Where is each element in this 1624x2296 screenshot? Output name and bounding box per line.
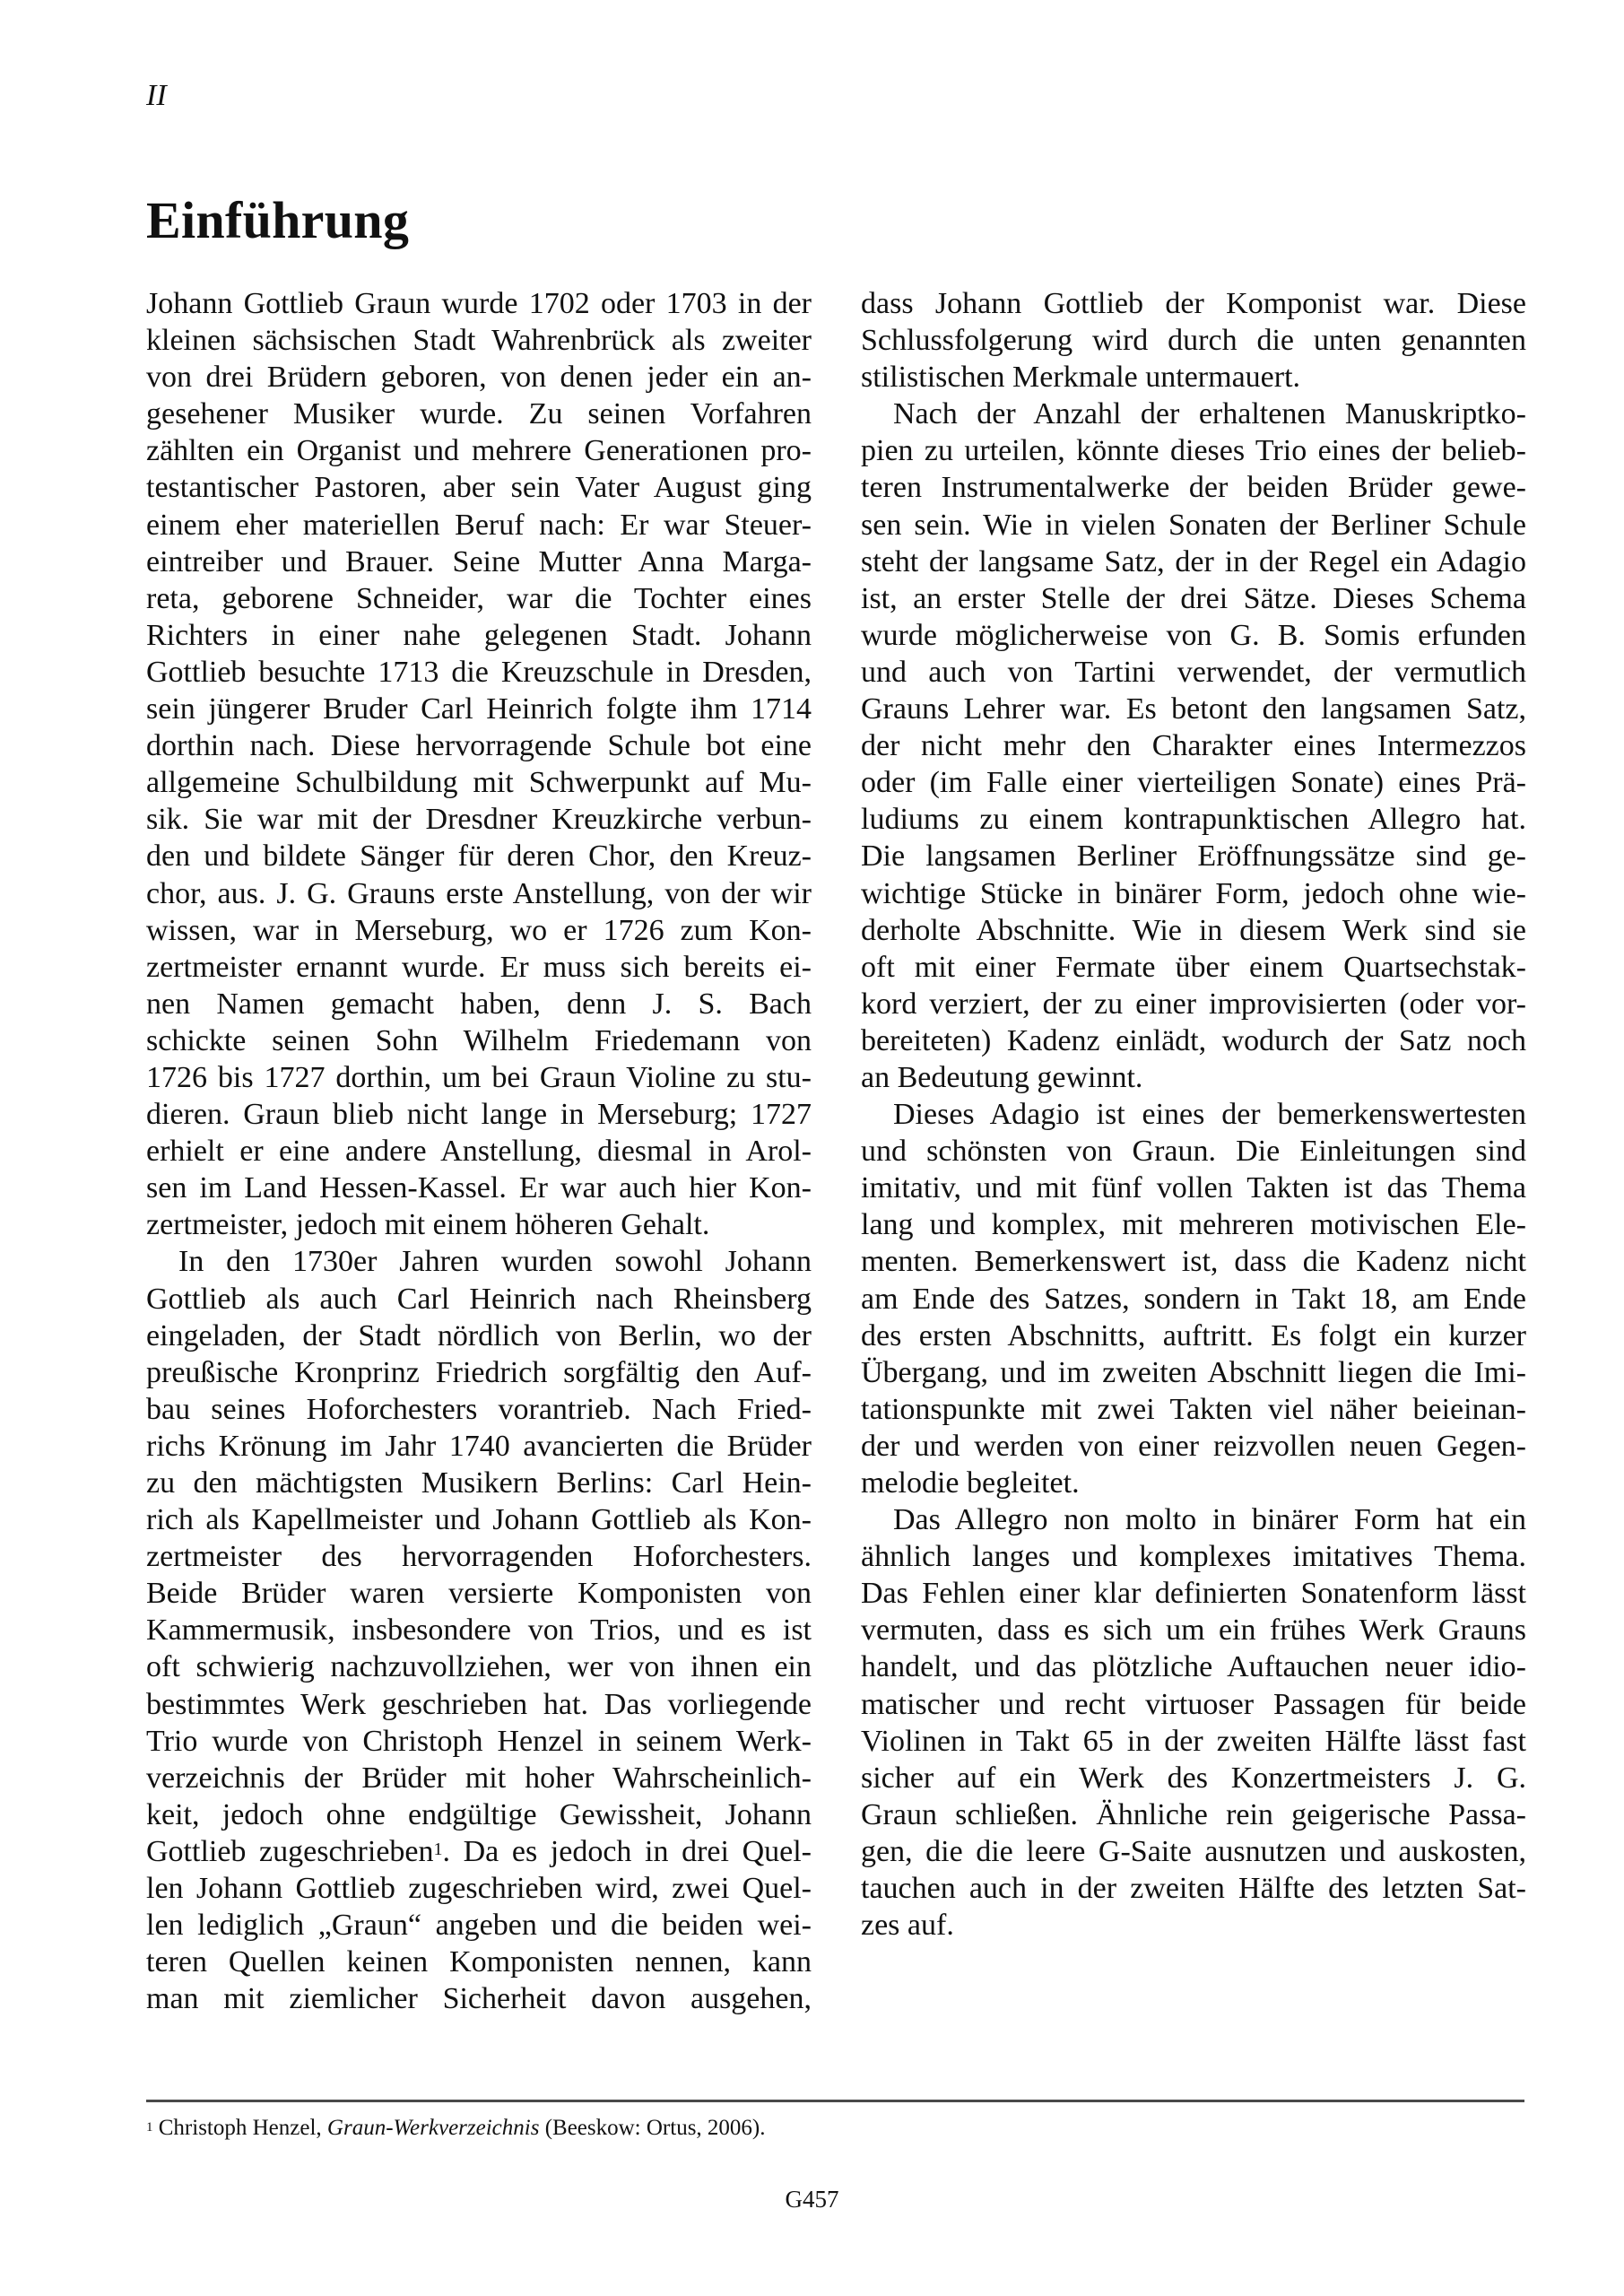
text-line: pien zu urteilen, könnte dieses Trio ein… bbox=[861, 432, 1526, 469]
text-line: sicher auf ein Werk des Konzertmeisters … bbox=[861, 1760, 1526, 1796]
text-line: Das Fehlen einer klar definierten Sonate… bbox=[861, 1575, 1526, 1612]
text-line: Nach der Anzahl der erhaltenen Manuskrip… bbox=[861, 396, 1526, 432]
text-line: sen sein. Wie in vielen Sonaten der Berl… bbox=[861, 507, 1526, 544]
text-line: oft schwierig nachzuvollziehen, wer von … bbox=[146, 1648, 812, 1685]
text-line: Gottlieb besuchte 1713 die Kreuzschule i… bbox=[146, 654, 812, 691]
text-line: ludiums zu einem kontrapunktischen Alleg… bbox=[861, 801, 1526, 838]
text-line: tationspunkte mit zwei Takten viel näher… bbox=[861, 1391, 1526, 1428]
text-line: dass Johann Gottlieb der Komponist war. … bbox=[861, 285, 1526, 322]
text-line: teren Instrumentalwerke der beiden Brüde… bbox=[861, 469, 1526, 506]
text-line: melodie begleitet. bbox=[861, 1465, 1526, 1501]
text-line-with-footnote-ref: Gottlieb zugeschrieben1. Da es jedoch in… bbox=[146, 1833, 812, 1870]
text-line: oder (im Falle einer vierteiligen Sonate… bbox=[861, 764, 1526, 801]
text-line: der und werden von einer reizvollen neue… bbox=[861, 1428, 1526, 1465]
text-line: oft mit einer Fermate über einem Quartse… bbox=[861, 949, 1526, 986]
text-line: und schönsten von Graun. Die Einleitunge… bbox=[861, 1133, 1526, 1170]
text-line: teren Quellen keinen Komponisten nennen,… bbox=[146, 1944, 812, 1980]
text-line: derholte Abschnitte. Wie in diesem Werk … bbox=[861, 912, 1526, 949]
footnote-divider bbox=[146, 2100, 1524, 2102]
text-line: len Johann Gottlieb zugeschrieben wird, … bbox=[146, 1870, 812, 1907]
text-line: Violinen in Takt 65 in der zweiten Hälft… bbox=[861, 1723, 1526, 1760]
text-line: zählten ein Organist und mehrere Generat… bbox=[146, 432, 812, 469]
text-line: bestimmtes Werk geschrieben hat. Das vor… bbox=[146, 1686, 812, 1723]
text-line: nen Namen gemacht haben, denn J. S. Bach bbox=[146, 986, 812, 1022]
text-fragment: . Da es jedoch in drei Quel- bbox=[443, 1835, 812, 1868]
text-line: und auch von Tartini verwendet, der verm… bbox=[861, 654, 1526, 691]
footnote-work-title: Graun-Werkverzeichnis bbox=[327, 2116, 540, 2140]
text-line: einem eher materiellen Beruf nach: Er wa… bbox=[146, 507, 812, 544]
text-line: steht der langsame Satz, der in der Rege… bbox=[861, 544, 1526, 580]
text-line: testantischer Pastoren, aber sein Vater … bbox=[146, 469, 812, 506]
text-line: zu den mächtigsten Musikern Berlins: Car… bbox=[146, 1465, 812, 1501]
text-line: zertmeister des hervorragenden Hoforches… bbox=[146, 1538, 812, 1575]
text-line: sik. Sie war mit der Dresdner Kreuzkirch… bbox=[146, 801, 812, 838]
footnote: 1 Christoph Henzel, Graun-Werkverzeichni… bbox=[146, 2115, 766, 2142]
text-fragment: Gottlieb zugeschrieben bbox=[146, 1835, 434, 1868]
text-line: stilistischen Merkmale untermauert. bbox=[861, 359, 1526, 396]
text-line: tauchen auch in der zweiten Hälfte des l… bbox=[861, 1870, 1526, 1907]
text-line: kleinen sächsischen Stadt Wahrenbrück al… bbox=[146, 322, 812, 359]
text-line: menten. Bemerkenswert ist, dass die Kade… bbox=[861, 1243, 1526, 1280]
text-line: richs Krönung im Jahr 1740 avancierten d… bbox=[146, 1428, 812, 1465]
text-line: zertmeister, jedoch mit einem höheren Ge… bbox=[146, 1206, 812, 1243]
text-line: schickte seinen Sohn Wilhelm Friedemann … bbox=[146, 1022, 812, 1059]
text-line: kord verziert, der zu einer improvisiert… bbox=[861, 986, 1526, 1022]
running-folio: II bbox=[146, 79, 167, 113]
text-line: zertmeister ernannt wurde. Er muss sich … bbox=[146, 949, 812, 986]
text-line: gesehener Musiker wurde. Zu seinen Vorfa… bbox=[146, 396, 812, 432]
text-line: In den 1730er Jahren wurden sowohl Johan… bbox=[146, 1243, 812, 1280]
text-line: wichtige Stücke in binärer Form, jedoch … bbox=[861, 875, 1526, 912]
text-line: Übergang, und im zweiten Abschnitt liege… bbox=[861, 1354, 1526, 1391]
page-number: G457 bbox=[0, 2186, 1624, 2213]
text-line: Johann Gottlieb Graun wurde 1702 oder 17… bbox=[146, 285, 812, 322]
text-line: sein jüngerer Bruder Carl Heinrich folgt… bbox=[146, 691, 812, 727]
text-line: allgemeine Schulbildung mit Schwerpunkt … bbox=[146, 764, 812, 801]
footnote-publication: (Beeskow: Ortus, 2006). bbox=[539, 2116, 765, 2140]
text-line: Graun schließen. Ähnliche rein geigerisc… bbox=[861, 1796, 1526, 1833]
text-line: bereiteten) Kadenz einlädt, wodurch der … bbox=[861, 1022, 1526, 1059]
text-line: wissen, war in Merseburg, wo er 1726 zum… bbox=[146, 912, 812, 949]
text-line: lang und komplex, mit mehreren motivisch… bbox=[861, 1206, 1526, 1243]
footnote-marker: 1 bbox=[146, 2120, 153, 2135]
text-line: wurde möglicherweise von G. B. Somis erf… bbox=[861, 617, 1526, 654]
text-line: keit, jedoch ohne endgültige Gewissheit,… bbox=[146, 1796, 812, 1833]
text-line: dorthin nach. Diese hervorragende Schule… bbox=[146, 727, 812, 764]
text-line: Grauns Lehrer war. Es betont den langsam… bbox=[861, 691, 1526, 727]
footnote-author: Christoph Henzel, bbox=[159, 2116, 327, 2140]
text-line: Richters in einer nahe gelegenen Stadt. … bbox=[146, 617, 812, 654]
text-line: erhielt er eine andere Anstellung, diesm… bbox=[146, 1133, 812, 1170]
text-line: len lediglich „Graun“ angeben und die be… bbox=[146, 1907, 812, 1944]
text-line: eingeladen, der Stadt nördlich von Berli… bbox=[146, 1318, 812, 1354]
text-line: eintreiber und Brauer. Seine Mutter Anna… bbox=[146, 544, 812, 580]
text-line: chor, aus. J. G. Grauns erste Anstellung… bbox=[146, 875, 812, 912]
text-line: Schlussfolgerung wird durch die unten ge… bbox=[861, 322, 1526, 359]
text-line: gen, die die leere G-Saite ausnutzen und… bbox=[861, 1833, 1526, 1870]
text-line: man mit ziemlicher Sicherheit davon ausg… bbox=[146, 1980, 812, 2017]
text-line: von drei Brüdern geboren, von denen jede… bbox=[146, 359, 812, 396]
text-line: an Bedeutung gewinnt. bbox=[861, 1059, 1526, 1096]
text-line: bau seines Hoforchesters vorantrieb. Nac… bbox=[146, 1391, 812, 1428]
text-line: Dieses Adagio ist eines der bemerkenswer… bbox=[861, 1096, 1526, 1133]
text-line: des ersten Abschnitts, auftritt. Es folg… bbox=[861, 1318, 1526, 1354]
text-line: ähnlich langes und komplexes imitatives … bbox=[861, 1538, 1526, 1575]
text-line: reta, geborene Schneider, war die Tochte… bbox=[146, 580, 812, 617]
text-line: Gottlieb als auch Carl Heinrich nach Rhe… bbox=[146, 1281, 812, 1318]
text-line: zes auf. bbox=[861, 1907, 1526, 1944]
text-line: ist, an erster Stelle der drei Sätze. Di… bbox=[861, 580, 1526, 617]
text-line: verzeichnis der Brüder mit hoher Wahrsch… bbox=[146, 1760, 812, 1796]
text-line: Das Allegro non molto in binärer Form ha… bbox=[861, 1501, 1526, 1538]
text-line: rich als Kapellmeister und Johann Gottli… bbox=[146, 1501, 812, 1538]
text-line: am Ende des Satzes, sondern in Takt 18, … bbox=[861, 1281, 1526, 1318]
text-line: Beide Brüder waren versierte Komponisten… bbox=[146, 1575, 812, 1612]
text-line: der nicht mehr den Charakter eines Inter… bbox=[861, 727, 1526, 764]
text-line: Trio wurde von Christoph Henzel in seine… bbox=[146, 1723, 812, 1760]
text-line: den und bildete Sänger für deren Chor, d… bbox=[146, 838, 812, 874]
text-line: imitativ, und mit fünf vollen Takten ist… bbox=[861, 1170, 1526, 1206]
text-line: Die langsamen Berliner Eröffnungssätze s… bbox=[861, 838, 1526, 874]
text-line: dieren. Graun blieb nicht lange in Merse… bbox=[146, 1096, 812, 1133]
text-line: handelt, und das plötzliche Auftauchen n… bbox=[861, 1648, 1526, 1685]
text-line: vermuten, dass es sich um ein frühes Wer… bbox=[861, 1612, 1526, 1648]
text-line: sen im Land Hessen-Kassel. Er war auch h… bbox=[146, 1170, 812, 1206]
text-line: preußische Kronprinz Friedrich sorgfälti… bbox=[146, 1354, 812, 1391]
text-line: Kammermusik, insbesondere von Trios, und… bbox=[146, 1612, 812, 1648]
body-column-right: dass Johann Gottlieb der Komponist war. … bbox=[861, 285, 1526, 1944]
footnote-reference[interactable]: 1 bbox=[434, 1839, 443, 1859]
body-column-left: Johann Gottlieb Graun wurde 1702 oder 17… bbox=[146, 285, 812, 2017]
text-line: matischer und recht virtuoser Passagen f… bbox=[861, 1686, 1526, 1723]
page-title: Einführung bbox=[146, 190, 409, 250]
text-line: 1726 bis 1727 dorthin, um bei Graun Viol… bbox=[146, 1059, 812, 1096]
